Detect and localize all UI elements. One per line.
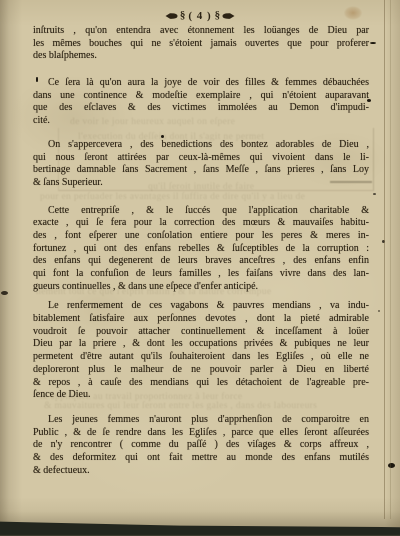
text-line: Dieu par la priere , & dont les occupati… [33, 338, 369, 351]
text-line: & des deformitez qui ont fait mettre au … [33, 452, 369, 465]
text-line: Ce ſera là qu'on aura la joye de voir de… [33, 77, 369, 90]
text-line: voudroit ſe pouvoir attacher continuelle… [33, 326, 369, 339]
text-line: bitablement ſatisfaire aux perſonnes dev… [33, 313, 369, 326]
text-line: qui font la confuſion de leurs familles … [33, 268, 369, 281]
paragraph: On s'appercevera , des benedictions des … [33, 139, 369, 190]
fleuron-left-icon [165, 12, 178, 20]
text-line: Le renfermement de ces vagabons & pauvre… [33, 300, 369, 313]
page-edge-line [384, 0, 385, 519]
text-line: Public , & de ſe rendre dans les Egliſes… [33, 427, 369, 440]
paragraph: Les jeunes femmes n'auront plus d'apprhe… [33, 414, 369, 477]
text-line: & ſans Superieur. [33, 177, 369, 190]
text-line: dans une continence & modeſtie exemplair… [33, 90, 369, 103]
scanned-page: de voir le jour heureux auquel on eſpere… [0, 0, 400, 533]
paragraph: inſtruits , qu'on entendra avec étonneme… [33, 25, 369, 63]
ink-speck [367, 99, 371, 102]
text-line: Cette entrepriſe , & le ſuccés que l'app… [33, 205, 369, 218]
text-line: des blaſphemes. [33, 50, 369, 63]
fleuron-right-icon [222, 12, 235, 20]
text-line: exacte , qui ſe fera pour la correction … [33, 217, 369, 230]
text-line: les mêmes bouches qui ne s'étoient jamai… [33, 38, 369, 51]
text-line: & defectueux. [33, 465, 369, 478]
paragraph: Cette entrepriſe , & le ſuccés que l'app… [33, 205, 369, 294]
text-line: des enfans qui degenerent de leurs brave… [33, 255, 369, 268]
ink-speck [1, 291, 8, 295]
text-line: cité. [33, 115, 369, 128]
text-line: ſence de Dieu. [33, 389, 369, 402]
section-mark-left: § [180, 10, 186, 22]
text-line: de n'y rencontrer ( comme du paſſé ) des… [33, 439, 369, 452]
page-header: § ( 4 ) § [0, 8, 400, 24]
paragraph: Le renfermement de ces vagabons & pauvre… [33, 300, 369, 402]
ink-speck [370, 42, 376, 44]
text-line: bertinage damnable ſans Sacrement , ſans… [33, 164, 369, 177]
text-line: que des eſclaves & des victimes immolées… [33, 102, 369, 115]
text-line: & repos , à cauſe des mendians qui les d… [33, 377, 369, 390]
ink-speck [373, 193, 376, 195]
page-edge-line-2 [390, 0, 391, 519]
ink-speck [378, 310, 380, 312]
ink-speck [161, 135, 164, 138]
text-block: inſtruits , qu'on entendra avec étonneme… [33, 25, 369, 477]
text-line: qui nous ſeront attirées par ceux-là-mêm… [33, 152, 369, 165]
text-line: des , font eſperer une conſolation entie… [33, 230, 369, 243]
page-number: ( 4 ) [188, 10, 211, 22]
text-line: On s'appercevera , des benedictions des … [33, 139, 369, 152]
text-line: inſtruits , qu'on entendra avec étonneme… [33, 25, 369, 38]
text-line: permetent d'être autant qu'ils ſouhaiter… [33, 351, 369, 364]
text-line: fortunez , qui ont des enfans rebelles &… [33, 243, 369, 256]
ink-speck [36, 77, 38, 82]
text-line: gueurs continuelles , & dans une eſpece … [33, 281, 369, 294]
text-line: deploreront plus le malheur de ne pouvoi… [33, 364, 369, 377]
paragraph: Ce ſera là qu'on aura la joye de voir de… [33, 77, 369, 128]
section-mark-right: § [215, 10, 221, 22]
text-line: Les jeunes femmes n'auront plus d'apprhe… [33, 414, 369, 427]
